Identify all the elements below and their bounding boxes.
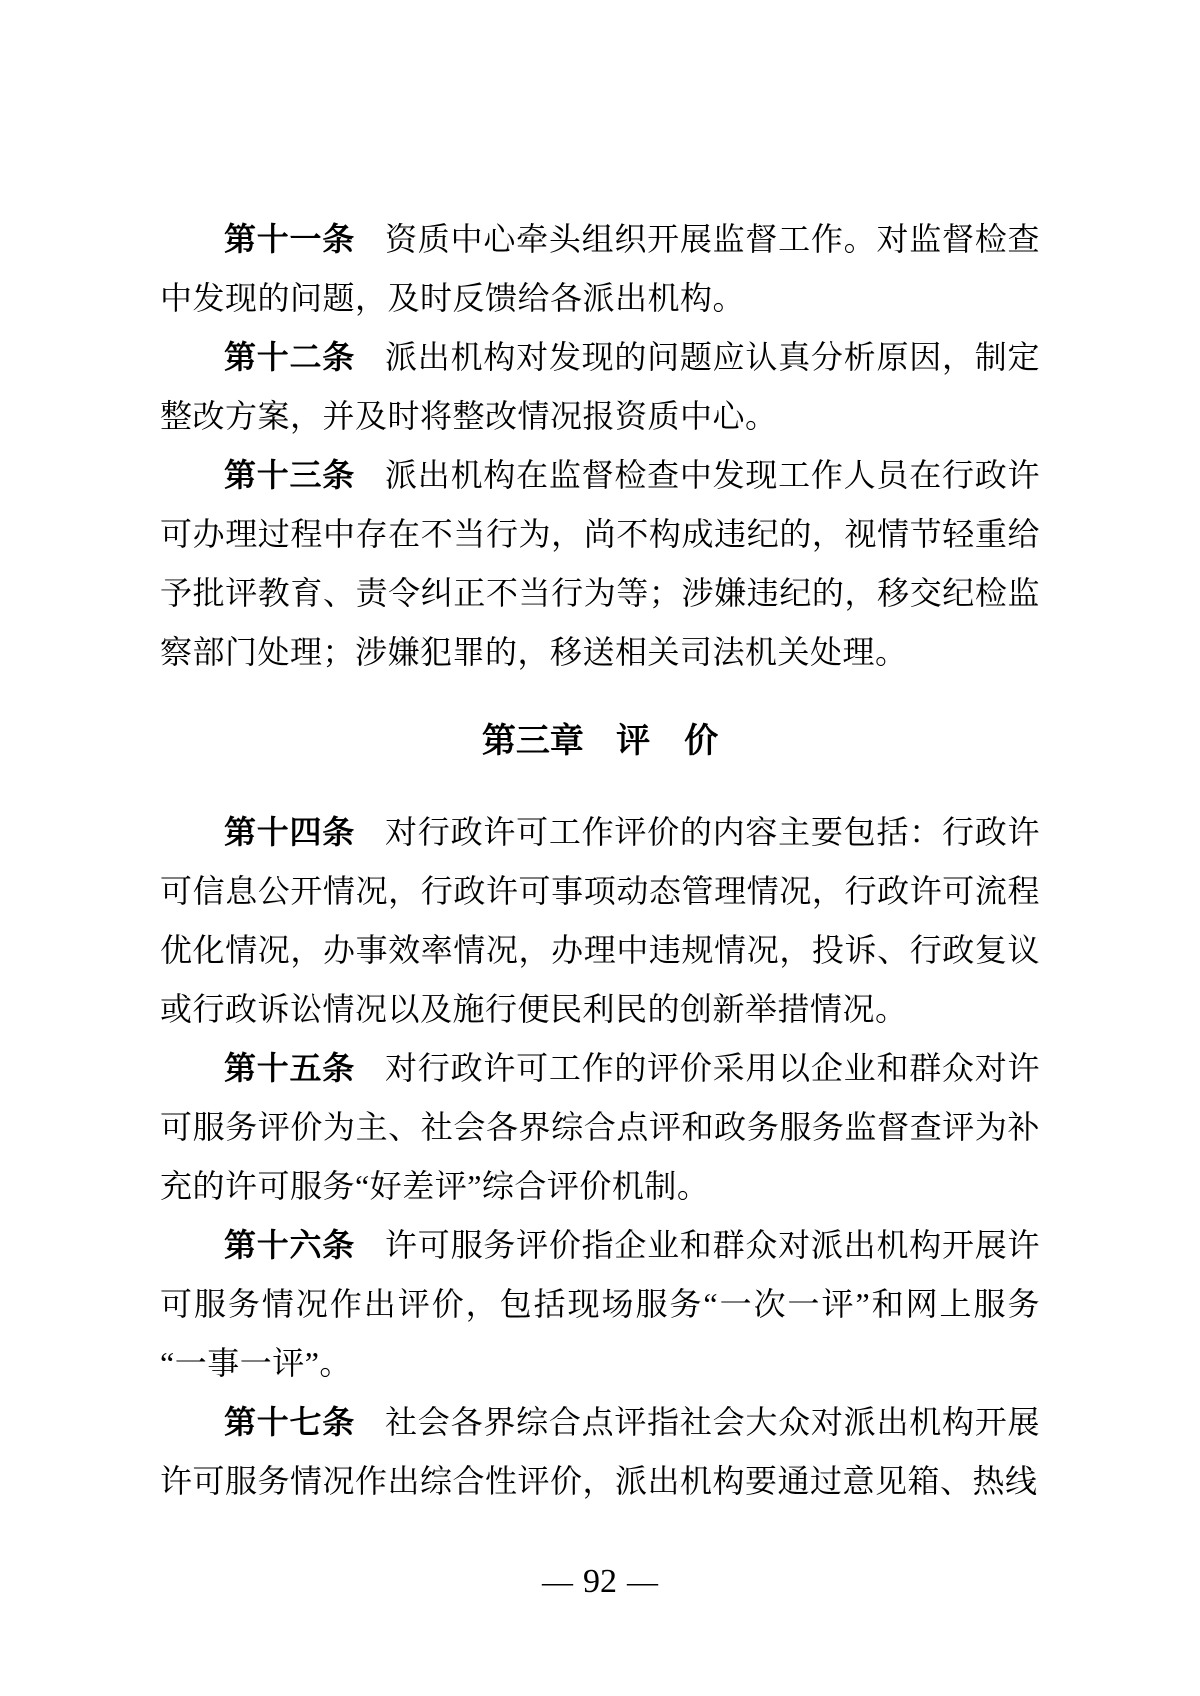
article-16-paragraph: 第十六条许可服务评价指企业和群众对派出机构开展许可服务情况作出评价，包括现场服务…: [160, 1216, 1040, 1393]
article-13-paragraph: 第十三条派出机构在监督检查中发现工作人员在行政许可办理过程中存在不当行为，尚不构…: [160, 446, 1040, 682]
article-11-number-label: 第十一条: [224, 221, 355, 257]
chapter-heading: 第三章评 价: [160, 712, 1040, 771]
article-15-number-label: 第十五条: [224, 1050, 355, 1086]
document-body: 第十一条资质中心牵头组织开展监督工作。对监督检查中发现的问题，及时反馈给各派出机…: [160, 210, 1040, 1511]
document-page: 第十一条资质中心牵头组织开展监督工作。对监督检查中发现的问题，及时反馈给各派出机…: [0, 0, 1200, 1696]
chapter-number: 第三章: [482, 722, 584, 760]
chapter-title: 评 价: [616, 722, 718, 760]
page-number: 92: [583, 1563, 617, 1600]
footer-dash-right: —: [627, 1564, 658, 1599]
article-12-paragraph: 第十二条派出机构对发现的问题应认真分析原因，制定整改方案，并及时将整改情况报资质…: [160, 328, 1040, 446]
page-footer: —92—: [0, 1560, 1200, 1604]
article-15-paragraph: 第十五条对行政许可工作的评价采用以企业和群众对许可服务评价为主、社会各界综合点评…: [160, 1039, 1040, 1216]
article-17-number-label: 第十七条: [224, 1404, 355, 1440]
footer-dash-left: —: [542, 1564, 573, 1599]
article-11-paragraph: 第十一条资质中心牵头组织开展监督工作。对监督检查中发现的问题，及时反馈给各派出机…: [160, 210, 1040, 328]
article-12-number-label: 第十二条: [224, 339, 355, 375]
article-13-number-label: 第十三条: [224, 457, 355, 493]
article-14-paragraph: 第十四条对行政许可工作评价的内容主要包括：行政许可信息公开情况，行政许可事项动态…: [160, 803, 1040, 1039]
article-14-number-label: 第十四条: [224, 814, 355, 850]
article-16-number-label: 第十六条: [224, 1227, 355, 1263]
article-17-paragraph: 第十七条社会各界综合点评指社会大众对派出机构开展许可服务情况作出综合性评价，派出…: [160, 1393, 1040, 1511]
